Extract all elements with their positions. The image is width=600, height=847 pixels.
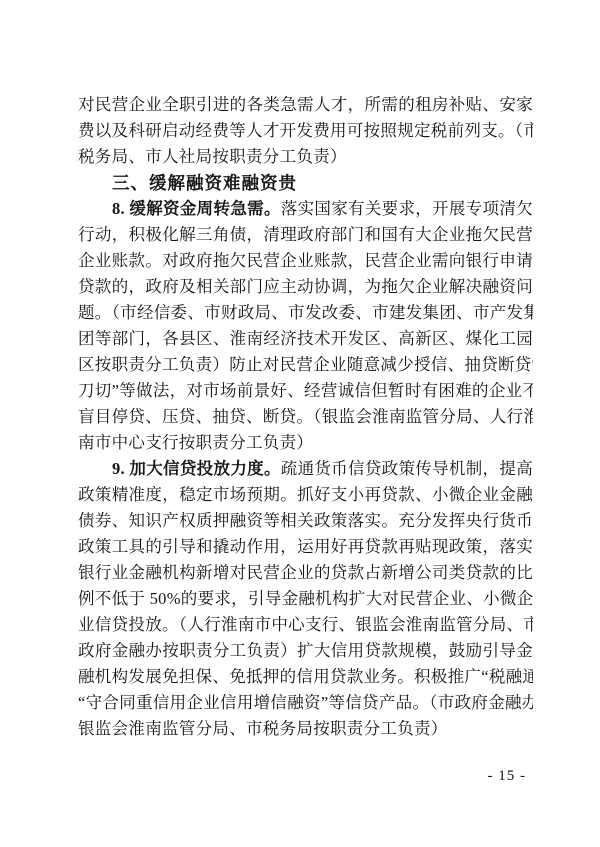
text-line: 贷款的，政府及相关部门应主动协调，为拖欠企业解决融资问: [78, 274, 533, 300]
line-text: 区按职责分工负责）防止对民营企业随意减少授信、抽贷断贷“一: [78, 355, 533, 374]
line-text: 三、缓解融资难融资贵: [112, 173, 297, 193]
line-text: 团等部门，各县区、淮南经济技术开发区、高新区、煤化工园: [78, 329, 533, 348]
line-text: 银行业金融机构新增对民营企业的贷款占新增公司类贷款的比: [78, 563, 533, 582]
text-line: “守合同重信用企业信用增信融资”等信贷产品。（市政府金融办、: [78, 690, 533, 716]
line-text: 贷款的，政府及相关部门应主动协调，为拖欠企业解决融资问: [78, 277, 533, 296]
line-text: “守合同重信用企业信用增信融资”等信贷产品。（市政府金融办、: [78, 693, 533, 712]
line-text: 税务局、市人社局按职责分工负责）: [78, 147, 347, 166]
text-line: 题。（市经信委、市财政局、市发改委、市建发集团、市产发集: [78, 300, 533, 326]
text-line: 盲目停贷、压贷、抽贷、断贷。（银监会淮南监管分局、人行淮: [78, 404, 533, 430]
text-line: 企业账款。对政府拖欠民营企业账款，民营企业需向银行申请: [78, 248, 533, 274]
text-line: 税务局、市人社局按职责分工负责）: [78, 144, 533, 170]
text-line: 刀切”等做法，对市场前景好、经营诚信但暂时有困难的企业不: [78, 378, 533, 404]
line-text: 银监会淮南监管分局、市税务局按职责分工负责）: [78, 719, 448, 738]
text-line: 债券、知识产权质押融资等相关政策落实。充分发挥央行货币: [78, 508, 533, 534]
text-line: 对民营企业全职引进的各类急需人才，所需的租房补贴、安家: [78, 92, 533, 118]
line-text: 费以及科研启动经费等人才开发费用可按照规定税前列支。（市: [78, 121, 533, 140]
line-text: 政策工具的引导和撬动作用，运用好再贷款再贴现政策，落实: [78, 537, 533, 556]
line-text: 落实国家有关要求，开展专项清欠: [281, 199, 533, 218]
paragraph-start-line: 9. 加大信贷投放力度。疏通货币信贷政策传导机制，提高: [78, 456, 533, 482]
line-text: 企业账款。对政府拖欠民营企业账款，民营企业需向银行申请: [78, 251, 533, 270]
line-text: 政府金融办按职责分工负责）扩大信用贷款规模，鼓励引导金: [78, 641, 533, 660]
line-text: 题。（市经信委、市财政局、市发改委、市建发集团、市产发集: [78, 303, 533, 322]
text-line: 南市中心支行按职责分工负责）: [78, 430, 533, 456]
paragraph-lead: 8. 缓解资金周转急需。: [112, 199, 281, 218]
section-heading: 三、缓解融资难融资贵: [78, 170, 533, 196]
text-line: 例不低于 50%的要求，引导金融机构扩大对民营企业、小微企: [78, 586, 533, 612]
line-text: 业信贷投放。（人行淮南市中心支行、银监会淮南监管分局、市: [78, 615, 533, 634]
line-text: 融机构发展免担保、免抵押的信用贷款业务。积极推广“税融通”、: [78, 667, 533, 686]
line-text: 刀切”等做法，对市场前景好、经营诚信但暂时有困难的企业不: [78, 381, 533, 400]
line-text: 债券、知识产权质押融资等相关政策落实。充分发挥央行货币: [78, 511, 533, 530]
line-text: 政策精准度，稳定市场预期。抓好支小再贷款、小微企业金融: [78, 485, 533, 504]
document-body: 对民营企业全职引进的各类急需人才，所需的租房补贴、安家费以及科研启动经费等人才开…: [78, 92, 533, 742]
text-line: 行动，积极化解三角债，清理政府部门和国有大企业拖欠民营: [78, 222, 533, 248]
paragraph-lead: 9. 加大信贷投放力度。: [112, 459, 281, 478]
line-text: 盲目停贷、压贷、抽贷、断贷。（银监会淮南监管分局、人行淮: [78, 407, 533, 426]
text-line: 政策精准度，稳定市场预期。抓好支小再贷款、小微企业金融: [78, 482, 533, 508]
line-text: 疏通货币信贷政策传导机制，提高: [281, 459, 533, 478]
line-text: 行动，积极化解三角债，清理政府部门和国有大企业拖欠民营: [78, 225, 533, 244]
line-text: 例不低于 50%的要求，引导金融机构扩大对民营企业、小微企: [78, 589, 533, 608]
paragraph-start-line: 8. 缓解资金周转急需。落实国家有关要求，开展专项清欠: [78, 196, 533, 222]
text-line: 银行业金融机构新增对民营企业的贷款占新增公司类贷款的比: [78, 560, 533, 586]
text-line: 政府金融办按职责分工负责）扩大信用贷款规模，鼓励引导金: [78, 638, 533, 664]
text-line: 业信贷投放。（人行淮南市中心支行、银监会淮南监管分局、市: [78, 612, 533, 638]
text-line: 银监会淮南监管分局、市税务局按职责分工负责）: [78, 716, 533, 742]
line-text: 南市中心支行按职责分工负责）: [78, 433, 313, 452]
text-line: 团等部门，各县区、淮南经济技术开发区、高新区、煤化工园: [78, 326, 533, 352]
text-line: 区按职责分工负责）防止对民营企业随意减少授信、抽贷断贷“一: [78, 352, 533, 378]
text-line: 费以及科研启动经费等人才开发费用可按照规定税前列支。（市: [78, 118, 533, 144]
text-line: 融机构发展免担保、免抵押的信用贷款业务。积极推广“税融通”、: [78, 664, 533, 690]
text-line: 政策工具的引导和撬动作用，运用好再贷款再贴现政策，落实: [78, 534, 533, 560]
document-page: 对民营企业全职引进的各类急需人才，所需的租房补贴、安家费以及科研启动经费等人才开…: [0, 0, 600, 847]
line-text: 对民营企业全职引进的各类急需人才，所需的租房补贴、安家: [78, 95, 533, 114]
page-number: - 15 -: [488, 768, 527, 785]
